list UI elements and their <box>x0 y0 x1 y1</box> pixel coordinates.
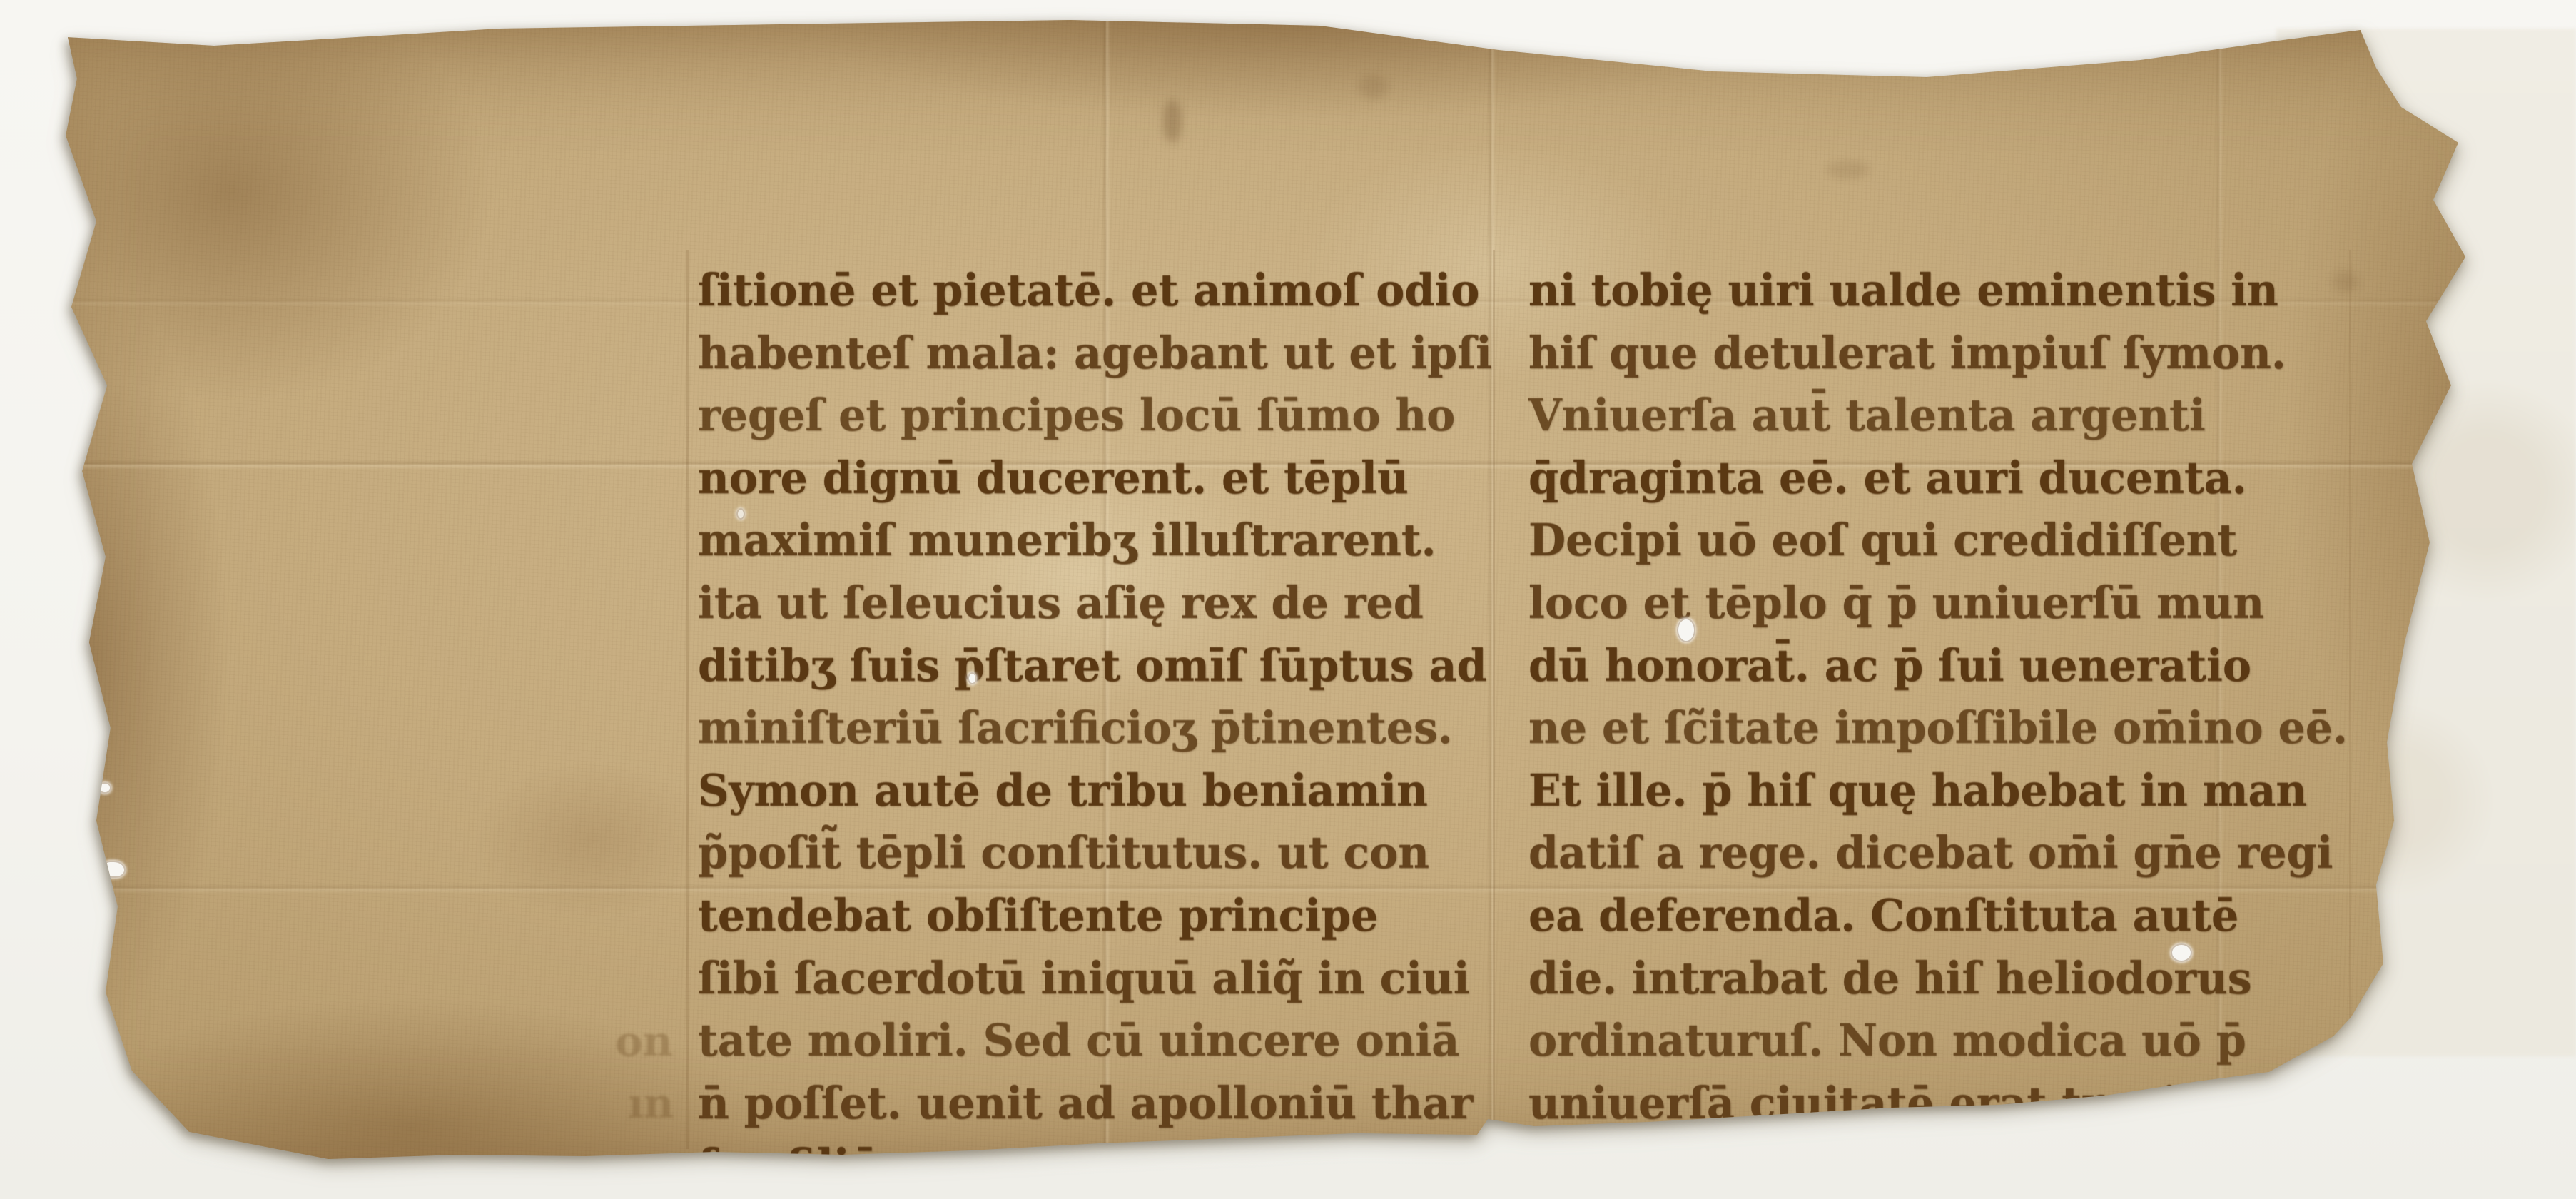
manuscript-photo: ſitionē et pietatē. et animoſ odiohabent… <box>0 0 2576 1199</box>
manuscript-line: ordinaturuſ. Non modica uō p̄ <box>1528 1009 2348 1072</box>
parchment-hole <box>2171 943 2192 962</box>
manuscript-line: habenteſ mala: agebant ut et ipſi <box>698 322 1492 385</box>
manuscript-line: q̄draginta eē. et auri ducenta. <box>1528 447 2348 510</box>
manuscript-line: miniſteriū ſacrificioʒ p̄tinentes. <box>698 697 1492 759</box>
manuscript-line: ditibʒ ſuis p̄ſtaret omīſ ſūptus ad <box>698 634 1492 697</box>
parchment-fragment: ſitionē et pietatē. et animoſ odiohabent… <box>0 0 2576 1199</box>
ink-smudge <box>1827 161 1870 179</box>
parchment-hole <box>736 508 745 520</box>
manuscript-line: n̄ poſſet. uenit ad apolloniū thar <box>698 1072 1492 1135</box>
text-column-right: ni tobię uiri ualde eminentis inhiſ que … <box>1528 259 2348 1134</box>
manuscript-line: Symon autē de tribu beniamin <box>698 759 1492 822</box>
manuscript-line: Vniuerſa aut̄ talenta argenti <box>1528 384 2348 447</box>
ink-smudge <box>1359 75 1388 99</box>
manuscript-line: Decipi uō eoſ qui credidiſſent <box>1528 509 2348 572</box>
bleedthrough-text: ın <box>628 1079 674 1128</box>
manuscript-line: ne et ſc̃itate impoſſibile om̄ino eē. <box>1528 697 2348 759</box>
manuscript-line: datiſ a rege. dicebat om̄i gn̄e regi <box>1528 821 2348 884</box>
parchment-hole <box>98 782 111 794</box>
manuscript-line: hiſ que detulerat impiuſ ſymon. <box>1528 322 2348 385</box>
manuscript-line: ſibi ſacerdotū iniquū aliq̃ in ciui <box>698 947 1492 1010</box>
parchment-hole <box>968 672 977 684</box>
manuscript-line: dū honorat̄. ac p̄ ſui ueneratio <box>1528 634 2348 697</box>
parchment-wrap: ſitionē et pietatē. et animoſ odiohabent… <box>0 0 2576 1199</box>
manuscript-line: loco et tēplo q̄ p̄ uniuerſū mun <box>1528 572 2348 634</box>
ink-smudge <box>1163 100 1182 143</box>
bleedthrough-text: on <box>615 1017 673 1066</box>
manuscript-line: regeſ et principes locū ſūmo ho <box>698 384 1492 447</box>
manuscript-line: ea deferenda. Conſtituta autē <box>1528 884 2348 947</box>
ruling-line <box>1493 250 1495 1135</box>
manuscript-line: die. intrabat de hiſ heliodorus <box>1528 947 2348 1010</box>
ruling-line <box>686 250 689 1149</box>
manuscript-line: nore dignū ducerent. et tēplū <box>698 447 1492 510</box>
manuscript-line: tate moliri. Sed cū uincere oniā <box>698 1009 1492 1072</box>
manuscript-line: Et ille. p̄ hiſ quę habebat in man <box>1528 759 2348 822</box>
text-column-left: ſitionē et pietatē. et animoſ odiohabent… <box>698 259 1492 1197</box>
parchment-hole <box>1677 618 1695 642</box>
manuscript-line: maximiſ muneribʒ illuſtrarent. <box>698 509 1492 572</box>
manuscript-line: ni tobię uiri ualde eminentis in <box>1528 259 2348 322</box>
manuscript-line: ſeę filiū <box>698 1134 1492 1197</box>
manuscript-line: tendebat obſiſtente principe <box>698 884 1492 947</box>
manuscript-line: uniuerſā ciuitatē erat trepida <box>1528 1072 2348 1135</box>
ruling-line <box>2349 250 2351 1071</box>
manuscript-line: ita ut ſeleucius aſię rex de red <box>698 572 1492 634</box>
manuscript-line: p̃poſit̃ tēpli conſtitutus. ut con <box>698 821 1492 884</box>
parchment-hole <box>104 861 126 878</box>
manuscript-line: ſitionē et pietatē. et animoſ odio <box>698 259 1492 322</box>
